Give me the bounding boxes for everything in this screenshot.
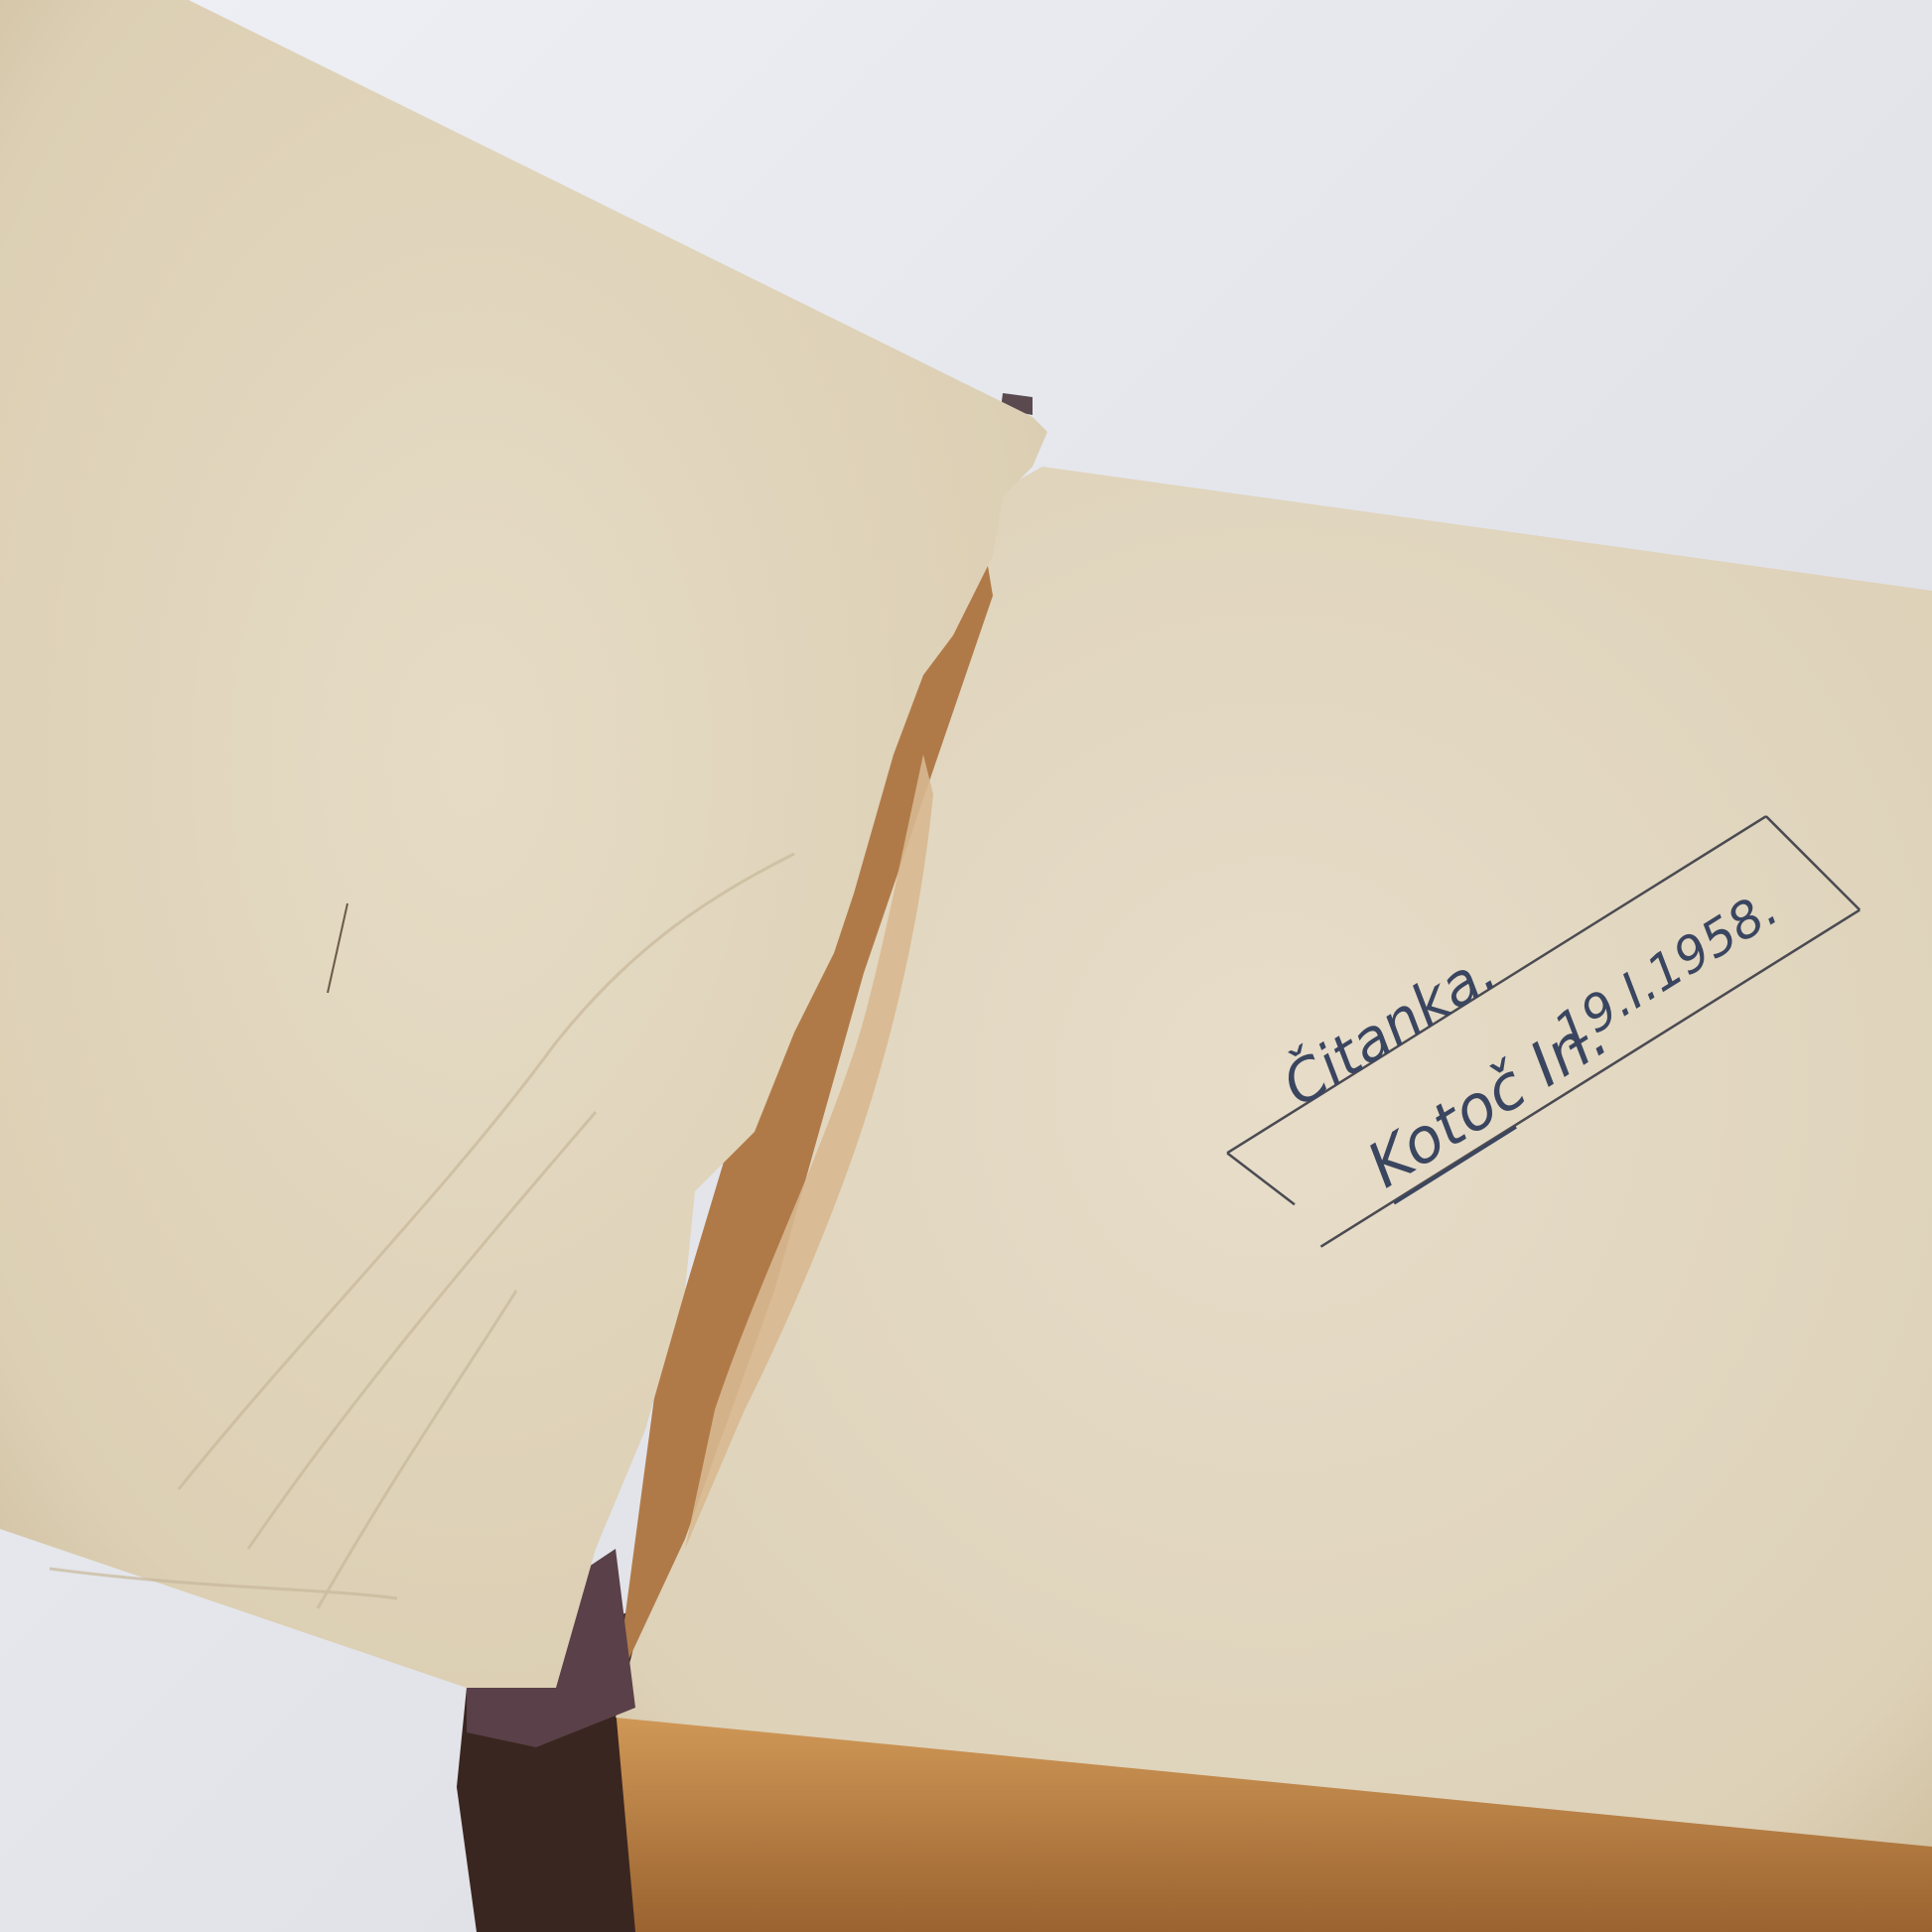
inscription-date: 19.I.1958. — [1544, 880, 1788, 1061]
inscription-layer: Čitanka. Kotoč In. 19.I.1958. — [0, 0, 1932, 1932]
book-photo: Čitanka. Kotoč In. 19.I.1958. — [0, 0, 1932, 1932]
